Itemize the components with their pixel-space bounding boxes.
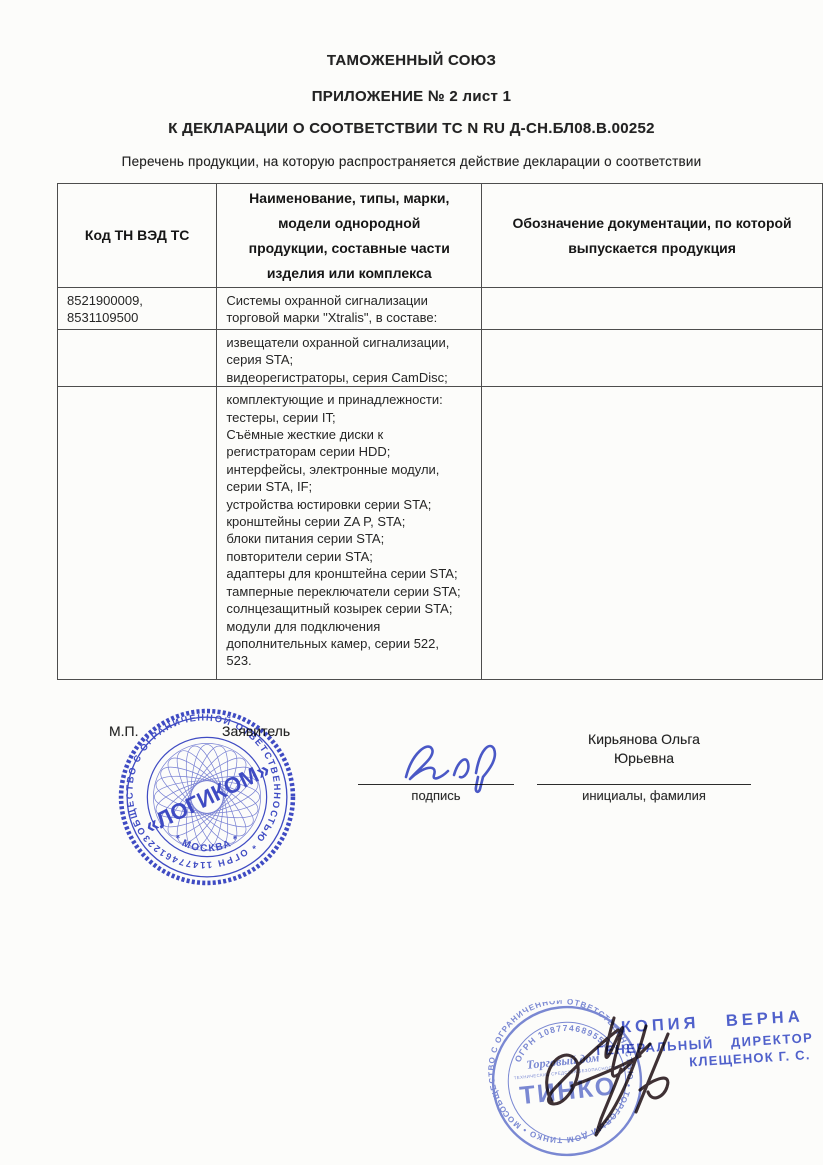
table-top-border-extension <box>772 183 818 184</box>
code-cell: 8521900009, 8531109500 <box>58 288 217 330</box>
logikom-stamp: ОБЩЕСТВО С ОГРАНИЧЕННОЙ ОТВЕТСТВЕННОСТЬЮ… <box>116 706 298 888</box>
product-list-intro: Перечень продукции, на которую распростр… <box>0 154 823 169</box>
table-row: извещатели охранной сигнализации, серия … <box>58 330 823 387</box>
col-header-doc: Обозначение документации, по которой вып… <box>482 184 823 288</box>
director-signature <box>516 990 706 1155</box>
declaration-number-line: К ДЕКЛАРАЦИИ О СООТВЕТСТВИИ ТС N RU Д-СН… <box>0 120 823 137</box>
col-header-name: Наименование, типы, марки, модели одноро… <box>217 184 482 288</box>
col-header-code: Код ТН ВЭД ТС <box>58 184 217 288</box>
product-table: Код ТН ВЭД ТС Наименование, типы, марки,… <box>57 183 823 680</box>
doc-cell <box>482 288 823 330</box>
table-row: комплектующие и принадлежности: тестеры,… <box>58 387 823 680</box>
applicant-name: Кирьянова Ольга Юрьевна <box>537 730 751 768</box>
code-cell <box>58 387 217 680</box>
document-page: ТАМОЖЕННЫЙ СОЮЗ ПРИЛОЖЕНИЕ № 2 лист 1 К … <box>0 0 823 1165</box>
table-row: 8521900009, 8531109500 Системы охранной … <box>58 288 823 330</box>
name-caption: инициалы, фамилия <box>537 788 751 803</box>
appendix-line: ПРИЛОЖЕНИЕ № 2 лист 1 <box>0 88 823 105</box>
name-line <box>537 784 751 785</box>
name-cell: Системы охранной сигнализации торговой м… <box>217 288 482 330</box>
doc-cell <box>482 330 823 387</box>
union-title: ТАМОЖЕННЫЙ СОЮЗ <box>0 52 823 69</box>
applicant-signature <box>398 733 510 795</box>
doc-cell <box>482 387 823 680</box>
name-cell: комплектующие и принадлежности: тестеры,… <box>217 387 482 680</box>
code-cell <box>58 330 217 387</box>
name-cell: извещатели охранной сигнализации, серия … <box>217 330 482 387</box>
